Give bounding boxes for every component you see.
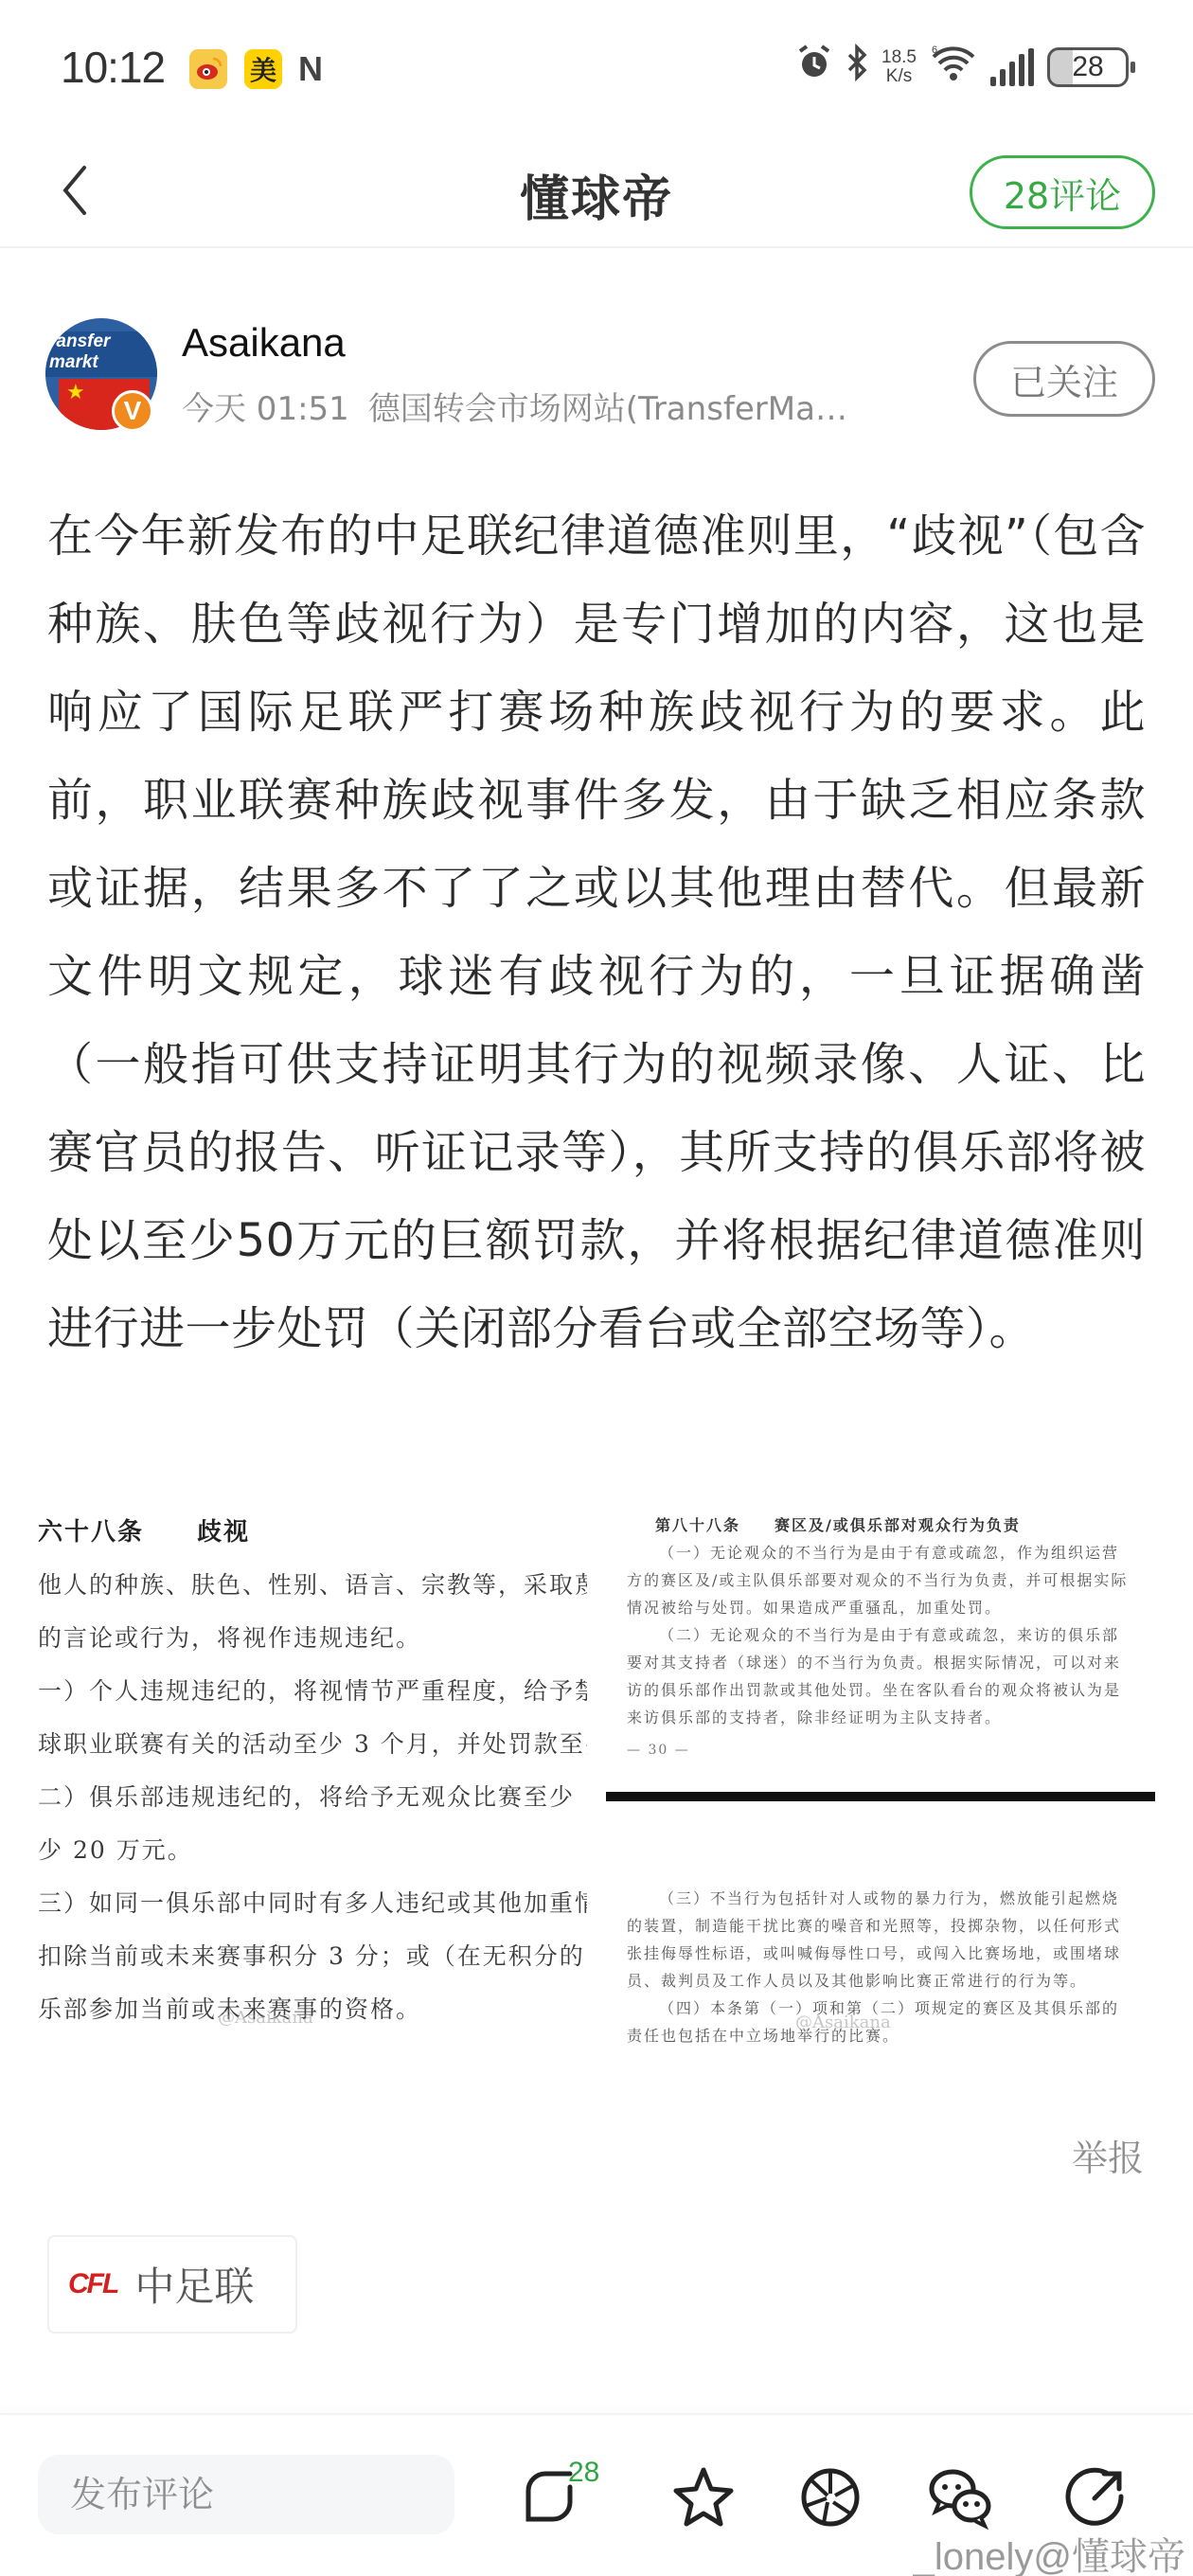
doc-line: 员、裁判员及工作人员以及其他影响比赛正常进行的行为等。 xyxy=(627,1967,1121,1995)
article-body: 在今年新发布的中足联纪律道德准则里，“歧视”（包含种族、肤色等歧视行为）是专门增… xyxy=(47,492,1146,1373)
meituan-icon: 美 xyxy=(244,49,282,89)
cfl-logo-icon: CFL xyxy=(68,2268,117,2300)
image-watermark: @Asaikana xyxy=(795,2012,891,2032)
wechat-icon xyxy=(926,2462,996,2536)
share-wechat-button[interactable] xyxy=(926,2464,996,2534)
share-moments-button[interactable] xyxy=(795,2464,865,2534)
page-divider xyxy=(606,1792,1155,1801)
share-button[interactable] xyxy=(1060,2464,1131,2534)
doc-line: 情况被给与处罚。如果造成严重骚乱，加重处罚。 xyxy=(627,1594,1128,1621)
doc-line: （三）不当行为包括针对人或物的暴力行为，燃放能引起燃烧 xyxy=(627,1885,1121,1912)
doc-line: 四）如俱乐部的支持者（球迷）违规违纪，该俱乐部 xyxy=(38,2036,587,2046)
alarm-icon xyxy=(796,44,832,90)
comments-count-button[interactable]: 28评论 xyxy=(970,155,1155,229)
author-name[interactable]: Asaikana xyxy=(182,320,346,366)
status-indicators: 18.5 K/s 6 28 xyxy=(796,44,1129,90)
moments-icon xyxy=(797,2464,864,2534)
doc-line: （二）无论观众的不当行为是由于有意或疏忽，来访的俱乐部 xyxy=(627,1621,1128,1649)
doc-line: （一）无论观众的不当行为是由于有意或疏忽，作为组织运营 xyxy=(627,1539,1128,1566)
doc-line: 少 20 万元。 xyxy=(38,1824,587,1877)
doc-line: 二）俱乐部违规违纪的，将给予无观众比赛至少 1 场， xyxy=(38,1771,587,1824)
verified-badge-icon: V xyxy=(112,390,153,432)
document-image-left[interactable]: 六十八条 歧视 他人的种族、肤色、性别、语言、宗教等，采取蔑视， 的言论或行为，… xyxy=(38,1506,587,2046)
doc-line: 他人的种族、肤色、性别、语言、宗教等，采取蔑视， xyxy=(38,1559,587,1612)
report-link[interactable]: 举报 xyxy=(1072,2129,1144,2181)
footer-watermark: _lonely@懂球帝 xyxy=(914,2527,1185,2576)
wifi-icon: 6 xyxy=(930,44,977,90)
author-row: ransfer markt V Asaikana 今天 01:51德国转会市场网… xyxy=(0,313,1193,436)
share-icon xyxy=(1062,2464,1129,2534)
avatar-logo-text: ransfer markt xyxy=(45,331,157,377)
doc-line: 球职业联赛有关的活动至少 3 个月，并处罚款至少 10 xyxy=(38,1718,587,1771)
doc-line: 扣除当前或未来赛事积分 3 分；或（在无积分的比赛和 xyxy=(38,1930,587,1983)
doc-line: 三）如同一俱乐部中同时有多人违纪或其他加重情节， xyxy=(38,1877,587,1930)
svg-text:6: 6 xyxy=(932,45,937,56)
document-image-right[interactable]: 第八十八条 赛区及/或俱乐部对观众行为负责 （一）无论观众的不当行为是由于有意或… xyxy=(606,1496,1155,2046)
doc-line: 要对其支持者（球迷）的不当行为负责。根据实际情况，可以对来 xyxy=(627,1649,1128,1676)
tag-label: 中足联 xyxy=(134,2256,254,2313)
page-number: — 30 — xyxy=(627,1737,1128,1764)
author-meta: 今天 01:51德国转会市场网站(TransferMa… xyxy=(182,383,920,429)
weibo-icon xyxy=(189,49,227,89)
doc-line: 一）个人违规违纪的，将视情节严重程度，给予禁止 xyxy=(38,1665,587,1718)
favorite-button[interactable] xyxy=(668,2464,739,2534)
doc-line: 张挂侮辱性标语，或叫喊侮辱性口号，或闯入比赛场地，或围堵球 xyxy=(627,1940,1121,1967)
author-source: 德国转会市场网站(TransferMa… xyxy=(368,390,847,428)
doc-line: 的装置，制造能干扰比赛的噪音和光照等，投掷杂物，以任何形式 xyxy=(627,1912,1121,1940)
status-bar: 10:12 美 N 18.5 K/s 6 28 xyxy=(0,0,1193,133)
topic-tag-cfl[interactable]: CFL 中足联 xyxy=(47,2235,297,2334)
doc-line: 的言论或行为，将视作违规违纪。 xyxy=(38,1612,587,1665)
doc-line: 来访俱乐部的支持者，除非经证明为主队支持者。 xyxy=(627,1704,1128,1731)
signal-strength-icon xyxy=(990,48,1034,86)
bluetooth-icon xyxy=(846,44,868,90)
comment-count-badge: 28 xyxy=(568,2457,599,2489)
star-icon xyxy=(670,2464,737,2534)
network-speed: 18.5 K/s xyxy=(881,48,917,86)
doc-line: 访的俱乐部作出罚款或其他处罚。坐在客队看台的观众将被认为是 xyxy=(627,1676,1128,1704)
doc-heading: 六十八条 歧视 xyxy=(38,1506,587,1559)
navigation-bar: 懂球帝 28评论 xyxy=(0,133,1193,248)
comment-input[interactable] xyxy=(38,2455,454,2534)
follow-button[interactable]: 已关注 xyxy=(973,341,1155,417)
doc-upper-page: 第八十八条 赛区及/或俱乐部对观众行为负责 （一）无论观众的不当行为是由于有意或… xyxy=(627,1512,1128,1764)
battery-indicator: 28 xyxy=(1047,47,1129,87)
image-watermark: @Asaikana xyxy=(218,2008,313,2028)
doc-line: 方的赛区及/或主队俱乐部要对观众的不当行为负责，并可根据实际 xyxy=(627,1566,1128,1594)
doc-heading: 第八十八条 赛区及/或俱乐部对观众行为负责 xyxy=(627,1512,1128,1539)
post-time: 今天 01:51 xyxy=(182,390,349,428)
status-time: 10:12 xyxy=(61,42,165,93)
nfc-icon: N xyxy=(294,49,328,89)
